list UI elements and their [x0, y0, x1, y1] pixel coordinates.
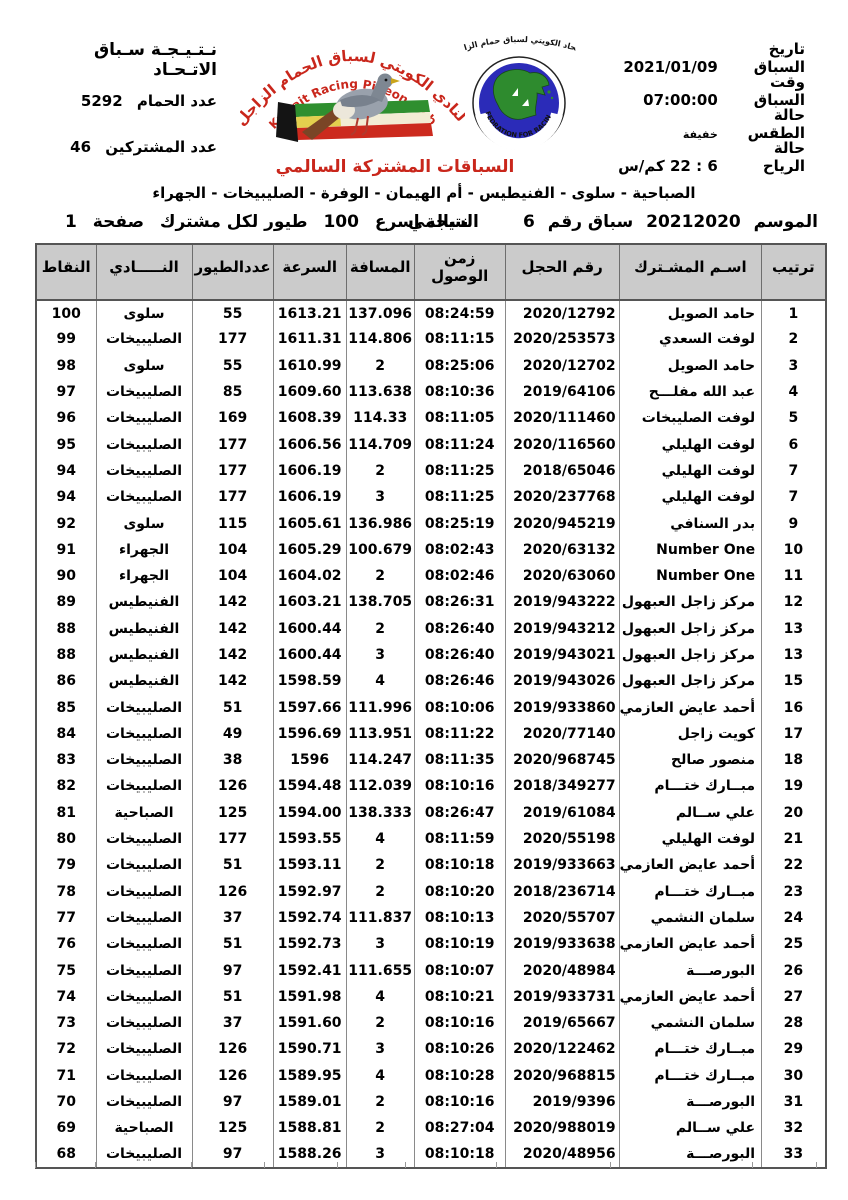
results-table: ترتيب اسـم المشـترك رقم الحجل زمن الوصول…	[35, 243, 827, 1169]
cell-birds: 169	[192, 405, 273, 431]
cell-distance: 2	[346, 616, 414, 642]
cell-name: البورصـــة	[619, 957, 761, 983]
cell-arrival: 08:02:46	[414, 563, 505, 589]
cell-birds: 142	[192, 668, 273, 694]
cell-distance: 3	[346, 642, 414, 668]
cell-arrival: 08:11:59	[414, 826, 505, 852]
cell-speed: 1605.61	[273, 510, 346, 536]
cell-birds: 55	[192, 300, 273, 326]
cell-birds: 125	[192, 1115, 273, 1141]
cell-points: 95	[36, 431, 96, 457]
cell-points: 80	[36, 826, 96, 852]
cell-rank: 9	[762, 510, 826, 536]
cell-arrival: 08:11:25	[414, 458, 505, 484]
cell-arrival: 08:11:05	[414, 405, 505, 431]
cell-birds: 126	[192, 879, 273, 905]
table-row: 23مبــارك ختـــام2018/23671408:10:202159…	[36, 879, 826, 905]
cell-birds: 49	[192, 721, 273, 747]
col-distance: المسافة	[346, 244, 414, 300]
cell-rank: 12	[762, 589, 826, 615]
cell-distance: 100.679	[346, 537, 414, 563]
table-row: 21لوفت الهليلي2020/5519808:11:5941593.55…	[36, 826, 826, 852]
cell-arrival: 08:10:07	[414, 957, 505, 983]
cell-name: منصور صالح	[619, 747, 761, 773]
cell-points: 91	[36, 537, 96, 563]
cell-arrival: 08:25:19	[414, 510, 505, 536]
cell-club: الصليبيخات	[96, 1142, 192, 1168]
cell-distance: 114.709	[346, 431, 414, 457]
cell-birds: 126	[192, 1036, 273, 1062]
cell-name: كويت زاجل	[619, 721, 761, 747]
cell-speed: 1591.60	[273, 1010, 346, 1036]
cell-points: 88	[36, 616, 96, 642]
cell-distance: 136.986	[346, 510, 414, 536]
cell-club: الصليبيخات	[96, 721, 192, 747]
table-row: 5لوفت الصليبخات2020/11146008:11:05114.33…	[36, 405, 826, 431]
cell-club: الصليبيخات	[96, 405, 192, 431]
cell-ring: 2020/48956	[505, 1142, 619, 1168]
cell-club: الصليبيخات	[96, 694, 192, 720]
cell-distance: 2	[346, 1115, 414, 1141]
cell-birds: 55	[192, 353, 273, 379]
cell-points: 83	[36, 747, 96, 773]
cell-speed: 1606.56	[273, 431, 346, 457]
cell-rank: 26	[762, 957, 826, 983]
cell-rank: 6	[762, 431, 826, 457]
cell-name: حامد الصويل	[619, 353, 761, 379]
result-scope-line: نتيجة اسرع 100 طيور لكل مشترك صفحة 1	[55, 212, 468, 232]
cell-birds: 177	[192, 326, 273, 352]
cell-club: الفنيطيس	[96, 589, 192, 615]
cell-ring: 2018/349277	[505, 773, 619, 799]
cell-rank: 22	[762, 852, 826, 878]
next-table-tick	[496, 1162, 497, 1168]
cell-rank: 5	[762, 405, 826, 431]
cell-name: البورصـــة	[619, 1089, 761, 1115]
cell-ring: 2020/111460	[505, 405, 619, 431]
cell-rank: 10	[762, 537, 826, 563]
table-row: 30مبــارك ختـــام2020/96881508:10:284158…	[36, 1063, 826, 1089]
cell-points: 99	[36, 326, 96, 352]
cell-arrival: 08:26:46	[414, 668, 505, 694]
cell-speed: 1603.21	[273, 589, 346, 615]
next-table-tick	[35, 1162, 36, 1168]
wind-label: حالة الرياح	[727, 139, 805, 175]
cell-arrival: 08:10:28	[414, 1063, 505, 1089]
cell-arrival: 08:10:21	[414, 984, 505, 1010]
cell-club: الجهراء	[96, 563, 192, 589]
cell-arrival: 08:25:06	[414, 353, 505, 379]
cell-name: مركز زاجل العبهول	[619, 642, 761, 668]
cell-rank: 11	[762, 563, 826, 589]
cell-points: 81	[36, 800, 96, 826]
table-row: 24سلمان النشمي2020/5570708:10:13111.8371…	[36, 905, 826, 931]
participant-count-label: عدد المشتركين	[105, 138, 217, 156]
cell-points: 90	[36, 563, 96, 589]
cell-speed: 1609.60	[273, 379, 346, 405]
cell-birds: 51	[192, 931, 273, 957]
cell-club: الصليبيخات	[96, 905, 192, 931]
cell-rank: 28	[762, 1010, 826, 1036]
cell-ring: 2020/945219	[505, 510, 619, 536]
cell-points: 94	[36, 484, 96, 510]
col-participant: اسـم المشـترك	[619, 244, 761, 300]
cell-speed: 1588.26	[273, 1142, 346, 1168]
cell-speed: 1589.95	[273, 1063, 346, 1089]
cell-ring: 2020/237768	[505, 484, 619, 510]
race-date-line: تاريخ السباق 2021/01/09	[555, 40, 805, 73]
cell-rank: 27	[762, 984, 826, 1010]
cell-birds: 85	[192, 379, 273, 405]
next-table-tick	[752, 1162, 753, 1168]
cell-speed: 1600.44	[273, 642, 346, 668]
next-table-tick	[610, 1162, 611, 1168]
cell-ring: 2020/122462	[505, 1036, 619, 1062]
table-row: 7لوفت الهليلي2018/6504608:11:2521606.191…	[36, 458, 826, 484]
cell-name: لوفت الهليلي	[619, 431, 761, 457]
cell-rank: 1	[762, 300, 826, 326]
cell-points: 69	[36, 1115, 96, 1141]
results-sheet: نـتـيـجـة سـباق الاتـحـاد عدد الحمام 529…	[0, 0, 848, 1200]
cell-distance: 2	[346, 458, 414, 484]
cell-speed: 1606.19	[273, 484, 346, 510]
table-row: 9بدر السنافي2020/94521908:25:19136.98616…	[36, 510, 826, 536]
cell-speed: 1605.29	[273, 537, 346, 563]
cell-distance: 114.33	[346, 405, 414, 431]
cell-ring: 2018/65046	[505, 458, 619, 484]
cell-name: سلمان النشمي	[619, 905, 761, 931]
cell-name: مركز زاجل العبهول	[619, 616, 761, 642]
cell-birds: 177	[192, 484, 273, 510]
cell-speed: 1592.41	[273, 957, 346, 983]
cell-ring: 2019/943222	[505, 589, 619, 615]
cell-birds: 37	[192, 1010, 273, 1036]
race-time-line: وقت السباق 07:00:00	[555, 73, 805, 106]
cell-birds: 97	[192, 1142, 273, 1168]
cell-distance: 2	[346, 879, 414, 905]
cell-arrival: 08:10:36	[414, 379, 505, 405]
cell-name: مبــارك ختـــام	[619, 773, 761, 799]
cell-ring: 2019/943026	[505, 668, 619, 694]
next-table-tick	[405, 1162, 406, 1168]
cell-distance: 114.806	[346, 326, 414, 352]
cell-ring: 2019/61084	[505, 800, 619, 826]
cell-rank: 3	[762, 353, 826, 379]
cell-ring: 2019/943212	[505, 616, 619, 642]
cell-name: أحمد عايض العازمي	[619, 852, 761, 878]
table-row: 33البورصـــة2020/4895608:10:1831588.2697…	[36, 1142, 826, 1168]
next-table-tick	[95, 1162, 96, 1168]
cell-points: 94	[36, 458, 96, 484]
table-row: 17كويت زاجل2020/7714008:11:22113.9511596…	[36, 721, 826, 747]
cell-distance: 2	[346, 353, 414, 379]
cell-name: مبــارك ختـــام	[619, 1036, 761, 1062]
cell-club: الصليبيخات	[96, 984, 192, 1010]
cell-arrival: 08:11:25	[414, 484, 505, 510]
cell-ring: 2019/933731	[505, 984, 619, 1010]
next-table-tick	[264, 1162, 265, 1168]
cell-points: 70	[36, 1089, 96, 1115]
cell-ring: 2020/55707	[505, 905, 619, 931]
cell-birds: 97	[192, 1089, 273, 1115]
cell-rank: 29	[762, 1036, 826, 1062]
cell-rank: 13	[762, 642, 826, 668]
result-rest: طيور لكل مشترك	[160, 212, 308, 232]
cell-speed: 1592.74	[273, 905, 346, 931]
table-row: 11Number One2020/6306008:02:4621604.0210…	[36, 563, 826, 589]
cell-ring: 2019/933663	[505, 852, 619, 878]
cell-ring: 2020/116560	[505, 431, 619, 457]
cell-rank: 32	[762, 1115, 826, 1141]
cell-name: Number One	[619, 537, 761, 563]
cell-ring: 2019/933638	[505, 931, 619, 957]
cell-name: أحمد عايض العازمي	[619, 694, 761, 720]
col-points: النقاط	[36, 244, 96, 300]
cell-birds: 177	[192, 826, 273, 852]
cell-birds: 177	[192, 458, 273, 484]
cell-speed: 1598.59	[273, 668, 346, 694]
cell-name: علي ســالم	[619, 800, 761, 826]
cell-rank: 13	[762, 616, 826, 642]
cell-speed: 1608.39	[273, 405, 346, 431]
cell-arrival: 08:10:20	[414, 879, 505, 905]
cell-club: الصليبيخات	[96, 931, 192, 957]
result-label: نتيجة اسرع	[375, 212, 468, 232]
regions-line: الصباحية - سلوى - الفنيطيس - أم الهيمان …	[0, 184, 848, 202]
cell-ring: 2020/253573	[505, 326, 619, 352]
cell-ring: 2020/77140	[505, 721, 619, 747]
cell-birds: 115	[192, 510, 273, 536]
cell-ring: 2020/48984	[505, 957, 619, 983]
cell-speed: 1596	[273, 747, 346, 773]
cell-ring: 2020/63060	[505, 563, 619, 589]
cell-club: الصباحية	[96, 800, 192, 826]
cell-rank: 25	[762, 931, 826, 957]
cell-distance: 111.996	[346, 694, 414, 720]
season-label: الموسم	[754, 212, 818, 232]
table-row: 27أحمد عايض العازمي2019/93373108:10:2141…	[36, 984, 826, 1010]
table-row: 13مركز زاجل العبهول2019/94321208:26:4021…	[36, 616, 826, 642]
cell-arrival: 08:10:16	[414, 773, 505, 799]
cell-rank: 16	[762, 694, 826, 720]
wind-line: حالة الرياح 6 : 22 كم/س	[555, 139, 805, 172]
cell-rank: 17	[762, 721, 826, 747]
cell-name: حامد الصويل	[619, 300, 761, 326]
cell-club: الصليبيخات	[96, 1036, 192, 1062]
cell-club: الصباحية	[96, 1115, 192, 1141]
pigeon-count-value: 5292	[81, 92, 123, 110]
next-table-tick	[337, 1162, 338, 1168]
cell-speed: 1589.01	[273, 1089, 346, 1115]
cell-rank: 23	[762, 879, 826, 905]
table-row: 29مبــارك ختـــام2020/12246208:10:263159…	[36, 1036, 826, 1062]
cell-club: الصليبيخات	[96, 773, 192, 799]
cell-speed: 1593.55	[273, 826, 346, 852]
cell-points: 85	[36, 694, 96, 720]
table-row: 15مركز زاجل العبهول2019/94302608:26:4641…	[36, 668, 826, 694]
cell-club: الصليبيخات	[96, 957, 192, 983]
cell-points: 72	[36, 1036, 96, 1062]
cell-ring: 2019/64106	[505, 379, 619, 405]
cell-distance: 111.655	[346, 957, 414, 983]
cell-club: الصليبيخات	[96, 484, 192, 510]
cell-ring: 2020/55198	[505, 826, 619, 852]
cell-birds: 142	[192, 589, 273, 615]
cell-speed: 1596.69	[273, 721, 346, 747]
cell-name: أحمد عايض العازمي	[619, 931, 761, 957]
cell-rank: 7	[762, 484, 826, 510]
cell-arrival: 08:10:18	[414, 1142, 505, 1168]
result-count: 100	[323, 212, 359, 232]
next-table-tick	[191, 1162, 192, 1168]
table-row: 16أحمد عايض العازمي2019/93386008:10:0611…	[36, 694, 826, 720]
cell-birds: 126	[192, 773, 273, 799]
cell-distance: 4	[346, 668, 414, 694]
cell-points: 96	[36, 405, 96, 431]
cell-name: مركز زاجل العبهول	[619, 668, 761, 694]
cell-arrival: 08:10:13	[414, 905, 505, 931]
cell-club: الفنيطيس	[96, 616, 192, 642]
cell-ring: 2020/12792	[505, 300, 619, 326]
cell-club: الصليبيخات	[96, 326, 192, 352]
col-rank: ترتيب	[762, 244, 826, 300]
cell-points: 86	[36, 668, 96, 694]
cell-ring: 2019/9396	[505, 1089, 619, 1115]
cell-points: 98	[36, 353, 96, 379]
cell-distance: 2	[346, 563, 414, 589]
cell-distance: 3	[346, 1142, 414, 1168]
cell-speed: 1597.66	[273, 694, 346, 720]
cell-distance: 114.247	[346, 747, 414, 773]
cell-points: 71	[36, 1063, 96, 1089]
race-no-value: 6	[523, 212, 535, 232]
cell-ring: 2020/968745	[505, 747, 619, 773]
union-result-title: نـتـيـجـة سـباق الاتـحـاد	[25, 40, 217, 80]
cell-speed: 1588.81	[273, 1115, 346, 1141]
cell-name: بدر السنافي	[619, 510, 761, 536]
weather-line: حالة الطقس خفيفة	[555, 106, 805, 139]
cell-distance: 3	[346, 484, 414, 510]
table-row: 12مركز زاجل العبهول2019/94322208:26:3113…	[36, 589, 826, 615]
table-row: 28سلمان النشمي2019/6566708:10:1621591.60…	[36, 1010, 826, 1036]
cell-speed: 1604.02	[273, 563, 346, 589]
cell-name: لوفت الهليلي	[619, 458, 761, 484]
cell-points: 84	[36, 721, 96, 747]
table-row: 31البورصـــة2019/939608:10:1621589.0197ا…	[36, 1089, 826, 1115]
cell-club: الصليبيخات	[96, 826, 192, 852]
cell-arrival: 08:11:35	[414, 747, 505, 773]
cell-name: Number One	[619, 563, 761, 589]
cell-name: لوفت السعدي	[619, 326, 761, 352]
cell-arrival: 08:10:26	[414, 1036, 505, 1062]
cell-speed: 1593.11	[273, 852, 346, 878]
cell-speed: 1592.97	[273, 879, 346, 905]
race-info-block: تاريخ السباق 2021/01/09 وقت السباق 07:00…	[555, 40, 805, 172]
cell-birds: 125	[192, 800, 273, 826]
pigeon-count-label: عدد الحمام	[137, 92, 217, 110]
table-row: 10Number One2020/6313208:02:43100.679160…	[36, 537, 826, 563]
table-row: 7لوفت الهليلي2020/23776808:11:2531606.19…	[36, 484, 826, 510]
cell-arrival: 08:11:15	[414, 326, 505, 352]
cell-distance: 2	[346, 852, 414, 878]
page-label: صفحة	[93, 212, 144, 232]
cell-arrival: 08:10:19	[414, 931, 505, 957]
series-title: السباقات المشتركة السالمي	[245, 157, 545, 177]
cell-points: 68	[36, 1142, 96, 1168]
col-birds: عددالطيور	[192, 244, 273, 300]
cell-rank: 21	[762, 826, 826, 852]
cell-name: مبــارك ختـــام	[619, 879, 761, 905]
map-island-dot	[551, 97, 553, 99]
pigeon-count-line: عدد الحمام 5292	[25, 92, 217, 110]
table-row: 3حامد الصويل2020/1270208:25:0621610.9955…	[36, 353, 826, 379]
cell-distance: 137.096	[346, 300, 414, 326]
cell-rank: 7	[762, 458, 826, 484]
season-race-number: الموسم 20212020 سباق رقم 6	[516, 212, 818, 232]
cell-points: 75	[36, 957, 96, 983]
cell-distance: 111.837	[346, 905, 414, 931]
race-time-label: وقت السباق	[727, 73, 805, 109]
cell-birds: 38	[192, 747, 273, 773]
cell-rank: 20	[762, 800, 826, 826]
cell-speed: 1590.71	[273, 1036, 346, 1062]
cell-points: 92	[36, 510, 96, 536]
cell-distance: 113.638	[346, 379, 414, 405]
cell-speed: 1606.19	[273, 458, 346, 484]
cell-arrival: 08:24:59	[414, 300, 505, 326]
page-number: 1	[65, 212, 77, 232]
weather-label: حالة الطقس	[727, 106, 805, 142]
cell-distance: 138.333	[346, 800, 414, 826]
cell-name: البورصـــة	[619, 1142, 761, 1168]
club-logo: النادي الكويتي لسباق الحمام الزاجل Kuwai…	[240, 20, 465, 162]
cell-club: الجهراء	[96, 537, 192, 563]
cell-arrival: 08:02:43	[414, 537, 505, 563]
cell-speed: 1611.31	[273, 326, 346, 352]
cell-club: سلوى	[96, 300, 192, 326]
cell-speed: 1592.73	[273, 931, 346, 957]
cell-distance: 3	[346, 1036, 414, 1062]
table-row: 1حامد الصويل2020/1279208:24:59137.096161…	[36, 300, 826, 326]
participant-count-value: 46	[70, 138, 91, 156]
cell-distance: 138.705	[346, 589, 414, 615]
cell-arrival: 08:10:06	[414, 694, 505, 720]
cell-name: لوفت الهليلي	[619, 484, 761, 510]
cell-ring: 2020/12702	[505, 353, 619, 379]
cell-distance: 2	[346, 1089, 414, 1115]
cell-points: 77	[36, 905, 96, 931]
cell-arrival: 08:26:40	[414, 616, 505, 642]
cell-club: الصليبيخات	[96, 458, 192, 484]
cell-points: 97	[36, 379, 96, 405]
table-row: 26البورصـــة2020/4898408:10:07111.655159…	[36, 957, 826, 983]
table-row: 6لوفت الهليلي2020/11656008:11:24114.7091…	[36, 431, 826, 457]
cell-speed: 1600.44	[273, 616, 346, 642]
table-header-row: ترتيب اسـم المشـترك رقم الحجل زمن الوصول…	[36, 244, 826, 300]
cell-birds: 126	[192, 1063, 273, 1089]
cell-rank: 4	[762, 379, 826, 405]
cell-points: 73	[36, 1010, 96, 1036]
cell-points: 89	[36, 589, 96, 615]
cell-points: 82	[36, 773, 96, 799]
cell-ring: 2020/988019	[505, 1115, 619, 1141]
cell-points: 76	[36, 931, 96, 957]
race-no-label: سباق رقم	[548, 212, 633, 232]
cell-club: سلوى	[96, 510, 192, 536]
cell-speed: 1594.48	[273, 773, 346, 799]
cell-rank: 15	[762, 668, 826, 694]
cell-speed: 1610.99	[273, 353, 346, 379]
